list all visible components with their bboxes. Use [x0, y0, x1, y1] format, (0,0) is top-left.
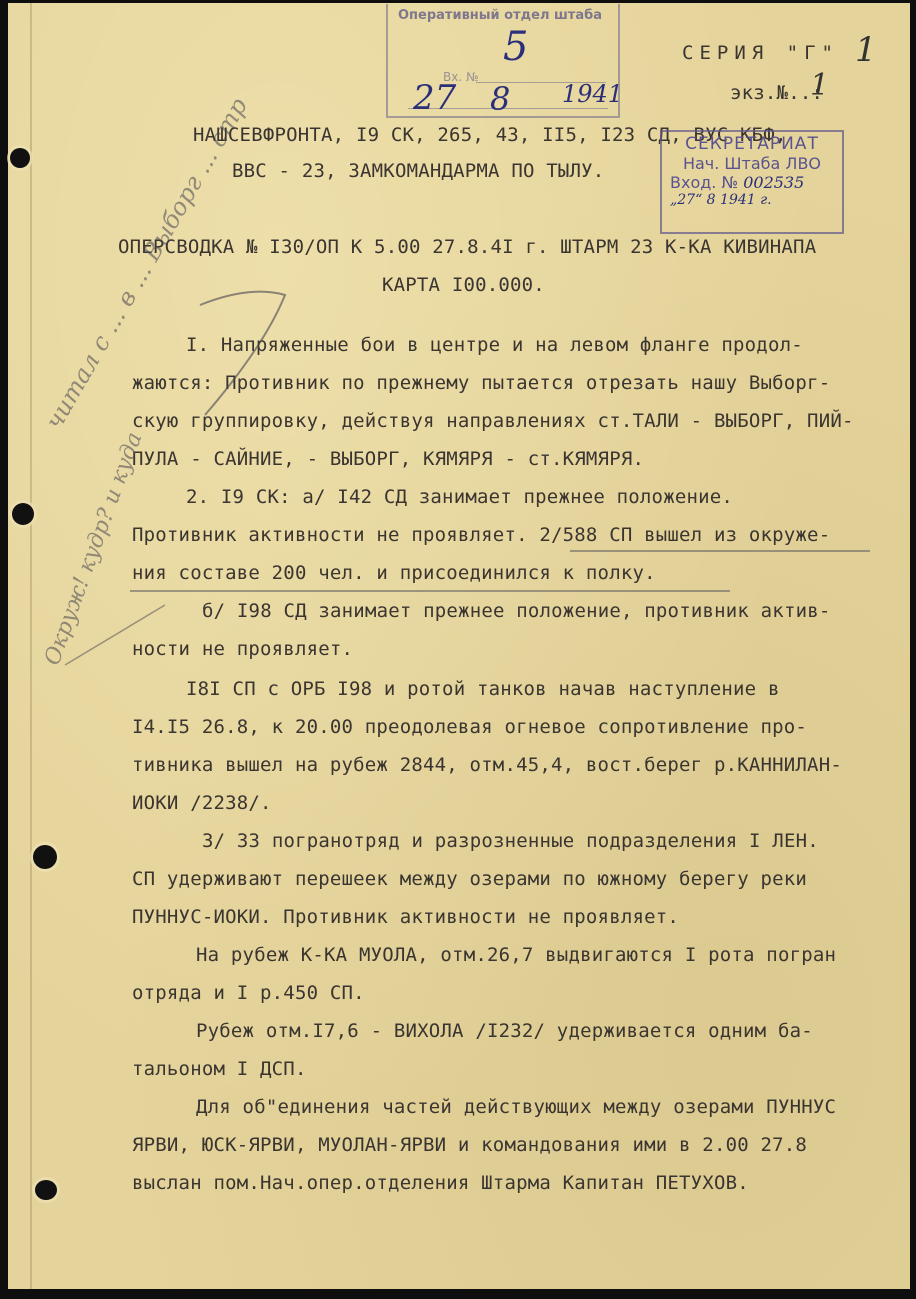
stamp-date-month: 8 — [490, 80, 510, 118]
body-line: отряда и I р.450 СП. — [132, 982, 365, 1004]
pencil-underline — [130, 590, 730, 592]
secretariat-stamp: СЕКРЕТАРИАТ Нач. Штаба ЛВО Вход. № 00253… — [660, 130, 844, 234]
stamp-secretariat-subtitle: Нач. Штаба ЛВО — [662, 154, 842, 173]
body-line: Для об"единения частей действующих между… — [196, 1096, 836, 1118]
stamp-title: Оперативный отдел штаба — [398, 8, 602, 23]
body-line: ПУЛА - САЙНИЕ, - ВЫБОРГ, КЯМЯРЯ - ст.КЯМ… — [132, 448, 644, 470]
body-line: I8I СП с ОРБ I98 и ротой танков начав на… — [186, 678, 780, 700]
copy-mark: 1 — [810, 68, 829, 103]
pencil-slash — [60, 600, 170, 670]
punch-hole — [33, 845, 57, 869]
body-line: ИОКИ /2238/. — [132, 792, 272, 814]
fold-line — [30, 3, 32, 1289]
report-title: ОПЕРСВОДКА № I30/ОП К 5.00 27.8.4I г. ШТ… — [118, 236, 816, 258]
body-line: Рубеж отм.I7,6 - ВИХОЛА /I232/ удерживае… — [196, 1020, 813, 1042]
body-line: ЯРВИ, ЮСК-ЯРВИ, МУОЛАН-ЯРВИ и командован… — [132, 1134, 807, 1156]
body-line: На рубеж К-КА МУОЛА, отм.26,7 выдвигаютс… — [196, 944, 836, 966]
stamp-incoming-label: Вход. № — [670, 173, 738, 192]
punch-hole — [12, 503, 34, 525]
addressees-line2: ВВС - 23, ЗАМКОМАНДАРМА ПО ТЫЛУ. — [232, 160, 604, 182]
body-line: ПУННУС-ИОКИ. Противник активности не про… — [132, 906, 679, 928]
body-line: выслан пом.Нач.опер.отделения Штарма Кап… — [132, 1172, 749, 1194]
incoming-number: 5 — [503, 24, 528, 70]
body-line: 2. I9 СК: а/ I42 СД занимает прежнее пол… — [186, 486, 733, 508]
map-scale: КАРТА I00.000. — [382, 274, 545, 296]
pencil-underline — [570, 550, 870, 552]
body-line: СП удерживают перешеек между озерами по … — [132, 868, 807, 890]
stamp-date-year: 1941 — [562, 80, 623, 108]
punch-hole — [10, 148, 30, 168]
stamp-incoming-number: 002535 — [743, 173, 804, 192]
body-line: I4.I5 26.8, к 20.00 преодолевая огневое … — [132, 716, 807, 738]
body-line: тивника вышел на рубеж 2844, отм.45,4, в… — [132, 754, 842, 776]
series-mark: 1 — [855, 30, 877, 70]
body-line: 3/ 33 погранотряд и разрозненные подразд… — [202, 830, 819, 852]
punch-hole — [35, 1180, 57, 1200]
stamp-secretariat-date: „27“ 8 1941 г. — [662, 192, 842, 208]
body-line: ния составе 200 чел. и присоединился к п… — [132, 562, 656, 584]
body-line: Противник активности не проявляет. 2/588… — [132, 524, 830, 546]
series-label: СЕРИЯ "Г" — [682, 42, 839, 64]
pencil-checkmark — [190, 285, 300, 425]
body-line: тальоном I ДСП. — [132, 1058, 307, 1080]
stamp-date-day: 27 — [413, 78, 456, 118]
body-line: б/ I98 СД занимает прежнее положение, пр… — [202, 600, 831, 622]
stamp-secretariat-title: СЕКРЕТАРИАТ — [662, 134, 842, 154]
